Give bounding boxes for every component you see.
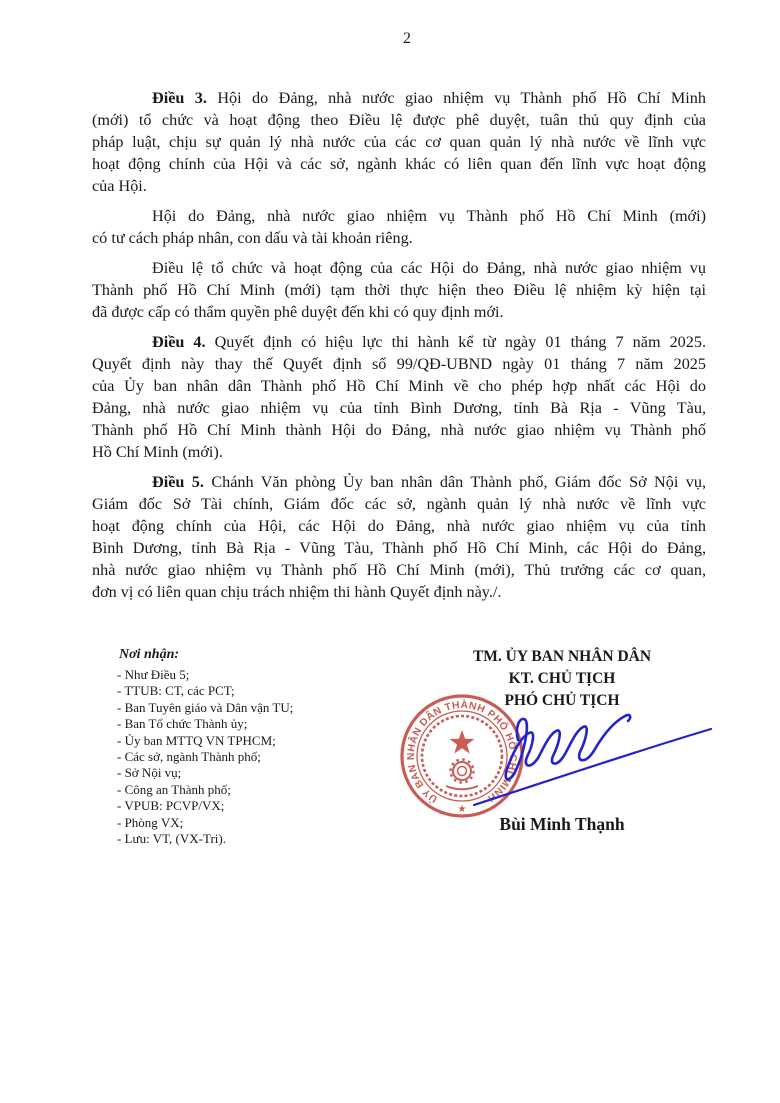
body-line: nhà nước giao nhiệm vụ Thành phố Hồ Chí … <box>92 559 706 581</box>
body-line: Hội do Đảng, nhà nước giao nhiệm vụ Thàn… <box>92 205 706 227</box>
body-line-text: Quyết định có hiệu lực thi hành kể từ ng… <box>206 333 706 351</box>
signature-autograph <box>460 688 720 818</box>
body-line-text: Điều lệ tổ chức và hoạt động của các Hội… <box>152 259 706 277</box>
body-line-text: Đảng, nhà nước giao nhiệm vụ của tỉnh Bì… <box>92 399 706 417</box>
body-line: Điều 5. Chánh Văn phòng Ủy ban nhân dân … <box>92 471 706 493</box>
recipient-item: - Sở Nội vụ; <box>117 765 293 781</box>
body-line: có tư cách pháp nhân, con dấu và tài kho… <box>92 227 706 249</box>
recipient-item: - Các sở, ngành Thành phố; <box>117 749 293 765</box>
body-line: hoạt động chính của Hội, các Hội do Đảng… <box>92 515 706 537</box>
recipients-list: - Như Điều 5; - TTUB: CT, các PCT; - Ban… <box>117 667 293 847</box>
body-line: Thành phố Hồ Chí Minh thành Hội do Đảng,… <box>92 419 706 441</box>
body-line: Điều lệ tổ chức và hoạt động của các Hội… <box>92 257 706 279</box>
document-body: Điều 3. Hội do Đảng, nhà nước giao nhiệm… <box>92 79 706 603</box>
body-line: (mới) tổ chức và hoạt động theo Điều lệ … <box>92 109 706 131</box>
body-line: của Hội. <box>92 175 706 197</box>
recipient-item: - Công an Thành phố; <box>117 782 293 798</box>
recipient-item: - Ban Tuyên giáo và Dân vận TU; <box>117 700 293 716</box>
signer-name: Bùi Minh Thạnh <box>420 814 704 835</box>
signing-authority: TM. ỦY BAN NHÂN DÂN <box>420 646 704 668</box>
body-line-text: Hội do Đảng, nhà nước giao nhiệm vụ Thàn… <box>207 89 706 107</box>
body-line-text: đã được cấp có thẩm quyền phê duyệt đến … <box>92 303 504 321</box>
body-line-text: Thành phố Hồ Chí Minh (mới) tạm thời thự… <box>92 281 706 299</box>
recipient-item: - Lưu: VT, (VX-Tri). <box>117 831 293 847</box>
recipient-item: - TTUB: CT, các PCT; <box>117 683 293 699</box>
signature-underline <box>474 729 711 805</box>
body-line-text: của Ủy ban nhân dân Thành phố Hồ Chí Min… <box>92 377 706 395</box>
body-line-text: Thành phố Hồ Chí Minh thành Hội do Đảng,… <box>92 421 706 439</box>
body-line: Thành phố Hồ Chí Minh (mới) tạm thời thự… <box>92 279 706 301</box>
recipient-item: - VPUB: PCVP/VX; <box>117 798 293 814</box>
body-line-text: của Hội. <box>92 177 147 195</box>
body-line: hoạt động chính của Hội và các sở, ngành… <box>92 153 706 175</box>
page-number: 2 <box>92 30 722 48</box>
body-line: Điều 3. Hội do Đảng, nhà nước giao nhiệm… <box>92 87 706 109</box>
recipient-item: - Phòng VX; <box>117 815 293 831</box>
signature-loops <box>506 715 630 779</box>
body-line: đã được cấp có thẩm quyền phê duyệt đến … <box>92 301 706 323</box>
signed-for-title: KT. CHỦ TỊCH <box>420 668 704 690</box>
article-label: Điều 3. <box>152 89 207 107</box>
recipient-item: - Như Điều 5; <box>117 667 293 683</box>
body-line-text: hoạt động chính của Hội, các Hội do Đảng… <box>92 517 706 535</box>
body-line: pháp luật, chịu sự quản lý nhà nước của … <box>92 131 706 153</box>
body-line-text: Hồ Chí Minh (mới). <box>92 443 223 461</box>
body-line-text: nhà nước giao nhiệm vụ Thành phố Hồ Chí … <box>92 561 706 579</box>
body-line: Đảng, nhà nước giao nhiệm vụ của tỉnh Bì… <box>92 397 706 419</box>
body-line-text: đơn vị có liên quan chịu trách nhiệm thi… <box>92 583 501 601</box>
body-line-text: (mới) tổ chức và hoạt động theo Điều lệ … <box>92 111 706 129</box>
body-line-text: có tư cách pháp nhân, con dấu và tài kho… <box>92 229 413 247</box>
body-line: Giám đốc Sở Tài chính, Giám đốc các sở, … <box>92 493 706 515</box>
body-line: Hồ Chí Minh (mới). <box>92 441 706 463</box>
body-line: của Ủy ban nhân dân Thành phố Hồ Chí Min… <box>92 375 706 397</box>
recipients-header: Nơi nhận: <box>119 647 293 663</box>
body-line-text: pháp luật, chịu sự quản lý nhà nước của … <box>92 133 706 151</box>
article-label: Điều 4. <box>152 333 206 351</box>
body-line-text: Quyết định này thay thế Quyết định số 99… <box>92 355 706 373</box>
recipient-item: - Ban Tổ chức Thành ủy; <box>117 716 293 732</box>
body-line-text: Giám đốc Sở Tài chính, Giám đốc các sở, … <box>92 495 706 513</box>
article-label: Điều 5. <box>152 473 204 491</box>
body-line-text: Hội do Đảng, nhà nước giao nhiệm vụ Thàn… <box>152 207 706 225</box>
body-line: Điều 4. Quyết định có hiệu lực thi hành … <box>92 331 706 353</box>
body-line-text: hoạt động chính của Hội và các sở, ngành… <box>92 155 706 173</box>
body-line: Quyết định này thay thế Quyết định số 99… <box>92 353 706 375</box>
recipients-block: Nơi nhận: - Như Điều 5; - TTUB: CT, các … <box>117 647 293 847</box>
body-line: đơn vị có liên quan chịu trách nhiệm thi… <box>92 581 706 603</box>
recipient-item: - Ủy ban MTTQ VN TPHCM; <box>117 733 293 749</box>
body-line: Bình Dương, tỉnh Bà Rịa - Vũng Tàu, Thàn… <box>92 537 706 559</box>
document-page: 2 Điều 3. Hội do Đảng, nhà nước giao nhi… <box>0 0 780 1103</box>
body-line-text: Chánh Văn phòng Ủy ban nhân dân Thành ph… <box>204 473 706 491</box>
body-line-text: Bình Dương, tỉnh Bà Rịa - Vũng Tàu, Thàn… <box>92 539 706 557</box>
